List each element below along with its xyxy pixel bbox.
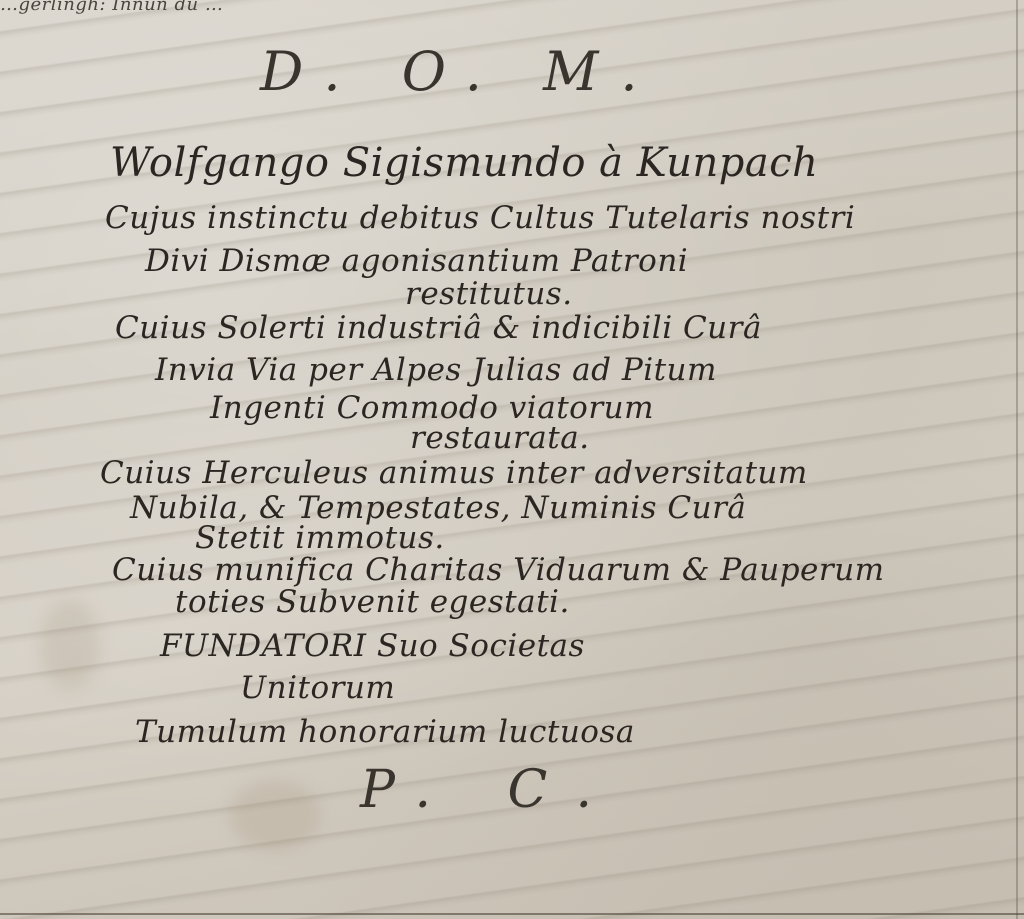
inscription-line: Cuius munifica Charitas Viduarum & Paupe… [112,552,885,588]
paper-stain [230,780,320,850]
inscription-line: Tumulum honorarium luctuosa [135,714,635,750]
inscription-line: Invia Via per Alpes Julias ad Pitum [155,352,717,388]
inscription-line: FUNDATORI Suo Societas [160,628,585,664]
manuscript-page: …gerlingh: Innun du … D. O. M. Wolfgango… [0,0,1024,919]
inscription-line: toties Subvenit egestati. [175,584,570,620]
bottom-rule [0,913,1024,915]
heading-dom: D. O. M. [260,40,660,103]
page-edge [1016,0,1018,919]
inscription-line: Cujus instinctu debitus Cultus Tutelaris… [105,200,855,236]
inscription-line: Divi Dismæ agonisantium Patroni [145,243,688,279]
paper-stain [40,600,100,690]
inscription-line: Cuius Solerti industriâ & indicibili Cur… [115,310,762,346]
dedicatee-name: Wolfgango Sigismundo à Kunpach [110,140,818,186]
inscription-line: Stetit immotus. [195,520,445,556]
inscription-line: restitutus. [405,276,573,312]
inscription-line: restaurata. [410,420,590,456]
inscription-line: Cuius Herculeus animus inter adversitatu… [100,455,808,491]
top-fragment-text: …gerlingh: Innun du … [0,0,223,15]
inscription-line: Unitorum [240,670,395,706]
signoff-pc: P. C. [360,760,622,820]
